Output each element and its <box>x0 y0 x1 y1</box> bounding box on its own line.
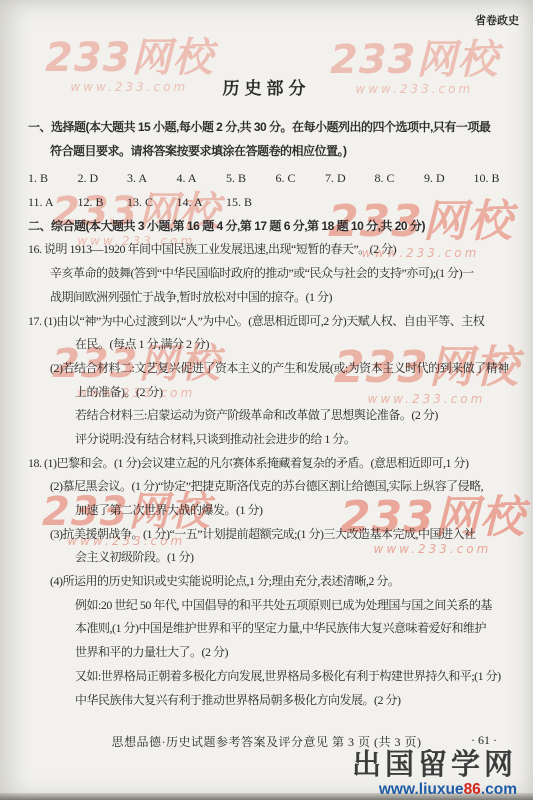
mc-answers-row1: 1. B 2. D 3. A 4. A 5. B 6. C 7. D 8. C … <box>28 167 528 191</box>
page-number-badge: · 61 · <box>471 733 497 748</box>
answer-item: 8. C <box>375 167 422 191</box>
q18-line8: 本准则,(1 分)中国是维护世界和平的坚定力量,中华民族伟大复兴意味着爱好和维护 <box>28 617 528 641</box>
q18-line5: 会主义初级阶段。(1 分) <box>28 546 528 570</box>
q16-line1: 16. 说明 1913—1920 年间中国民族工业发展迅速,出现“短暂的春天”。… <box>28 238 528 262</box>
corner-label: 省卷政史 <box>475 12 519 28</box>
q18-line2: (2)慕尼黑会议。(1 分)“协定”把捷克斯洛伐克的苏台德区割让给德国,实际上纵… <box>28 475 528 499</box>
answer-item: 1. B <box>28 167 75 191</box>
footer-caption: 思想品德·历史试题参考答案及评分意见 第 3 页 (共 3 页) <box>0 733 533 750</box>
answer-item: 9. D <box>424 167 471 191</box>
answer-item: 2. D <box>78 167 125 191</box>
answer-item: 6. C <box>276 167 323 191</box>
mc-answers-row2: 11. A 12. B 13. C 14. A 15. B <box>28 191 528 215</box>
answer-item: 11. A <box>28 191 75 215</box>
answer-item: 10. B <box>474 167 521 191</box>
q17-line6: 评分说明:没有结合材料,只谈到推动社会进步的给 1 分。 <box>28 428 528 452</box>
liuxue86-logo-name: 出国留学网 <box>352 750 517 780</box>
section1-heading-line1: 一、选择题(本大题共 15 小题,每小题 2 分,共 30 分。在每小题列出的四… <box>28 116 528 140</box>
section2-heading: 二、综合题(本大题共 3 小题,第 16 题 4 分,第 17 题 6 分,第 … <box>28 215 528 239</box>
q18-line11: 中华民族伟大复兴有利于推动世界格局朝多极化方向发展。(2 分) <box>28 689 528 713</box>
answer-item: 14. A <box>177 191 224 215</box>
answer-item: 13. C <box>127 191 174 215</box>
page-title: 历史部分 <box>0 74 533 99</box>
answer-item: 15. B <box>226 191 273 215</box>
q18-line3: 加速了第二次世界大战的爆发。(1 分) <box>28 499 528 523</box>
q16-line2: 辛亥革命的鼓舞(答到“中华民国临时政府的推动”或“民众与社会的支持”亦可);(1… <box>28 262 528 286</box>
q18-line10: 又如:世界格局正朝着多极化方向发展,世界格局多极化有利于构建世界持久和平;(1 … <box>28 665 528 689</box>
q17-line5: 若结合材料三:启蒙运动为资产阶级革命和改革做了思想舆论准备。(2 分) <box>28 404 528 428</box>
q18-line7: 例如:20 世纪 50 年代, 中国倡导的和平共处五项原则已成为处理国与国之间关… <box>28 594 528 618</box>
q18-line1: 18. (1)巴黎和会。(1 分)会议建立起的凡尔赛体系掩藏着复杂的矛盾。(意思… <box>28 452 528 476</box>
q17-line4: 上的准备)。(2 分) <box>28 381 528 405</box>
answer-item: 4. A <box>177 167 224 191</box>
answer-item: 7. D <box>325 167 372 191</box>
scan-edge-shadow <box>0 793 533 800</box>
q17-line3: (2)若结合材料二:文艺复兴促进了资本主义的产生和发展(或:为资本主义时代的到来… <box>28 357 528 381</box>
q18-line9: 世界和平的力量壮大了。(2 分) <box>28 641 528 665</box>
q16-line3: 战期间欧洲列强忙于战争,暂时放松对中国的掠夺。(1 分) <box>28 286 528 310</box>
q17-line2: 在民。(每点 1 分,满分 2 分) <box>28 333 528 357</box>
answer-item: 3. A <box>127 167 174 191</box>
watermark-233-brand: 233网校 <box>45 38 214 78</box>
scanned-exam-answer-page: 省卷政史 233网校 www.233.com 233网校 www.233.com… <box>0 0 533 800</box>
answer-item: 5. B <box>226 167 273 191</box>
q17-line1: 17. (1)由以“神”为中心过渡到以“人”为中心。(意思相近即可,2 分)天赋… <box>28 310 528 334</box>
answer-key-content: 一、选择题(本大题共 15 小题,每小题 2 分,共 30 分。在每小题列出的四… <box>28 116 528 712</box>
answer-item: 12. B <box>78 191 125 215</box>
section1-heading-line2: 符合题目要求。请将答案按要求填涂在答题卷的相应位置。) <box>28 140 528 164</box>
q18-line6: (4)所运用的历史知识或史实能说明论点,1 分;理由充分,表述清晰,2 分。 <box>28 570 528 594</box>
q18-line4: (3)抗美援朝战争。(1 分)“一五”计划提前超额完成;(1 分)三大改造基本完… <box>28 523 528 547</box>
